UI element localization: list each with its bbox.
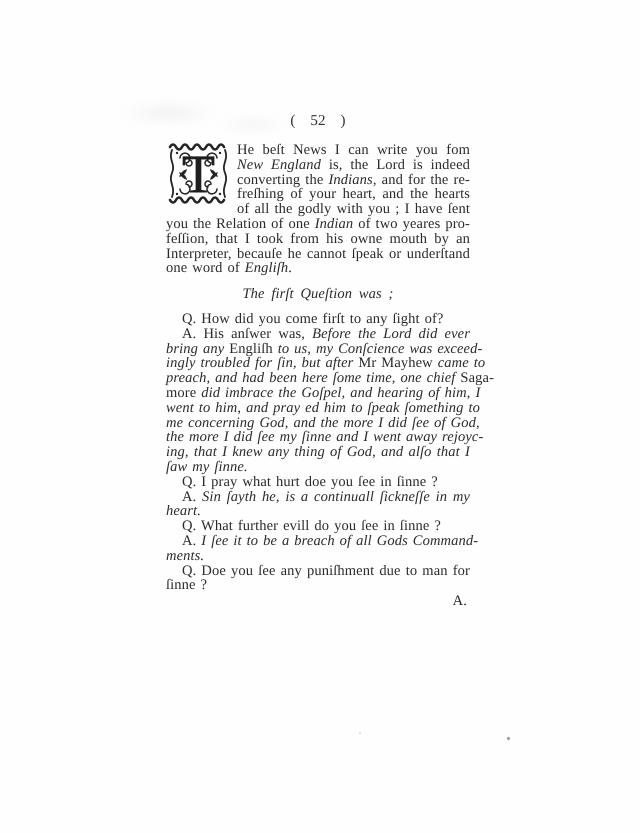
text-line: Q. What further evill do you ſee in ſinn… <box>166 519 470 534</box>
text-line: Q. Doe you ſee any puniſhment due to man… <box>166 564 470 579</box>
text-line: you the Relation of one Indian of two ye… <box>166 217 470 232</box>
text-line: ingly troubled for ſin, but after Mr May… <box>166 356 470 371</box>
italic-text-segment: ments. <box>166 548 204 564</box>
answer-1: A. His anſwer was, Before the Lord did e… <box>166 327 470 475</box>
text-line: He beſt News I can write you fom <box>237 143 470 158</box>
text-segment: more <box>166 385 201 401</box>
text-segment: freſhing of your heart, and the hearts <box>237 186 470 202</box>
text-segment: you the Relation of one <box>166 216 315 232</box>
text-line: one word of Engliſh. <box>166 261 470 276</box>
text-segment: Q. Doe you ſee any puniſhment due to man… <box>182 563 470 579</box>
italic-text-segment: went to him, and pray ed him to ſpeak ſo… <box>166 400 480 416</box>
text-line: ſaw my ſinne. <box>166 460 470 475</box>
text-line: preach, and had been here ſome time, one… <box>166 371 470 386</box>
text-line: Q. I pray what hurt doe you ſee in ſinne… <box>166 475 470 490</box>
text-segment: Interpreter, becauſe he cannot ſpeak or … <box>166 246 470 262</box>
scan-speck <box>359 732 361 734</box>
answer-3: A. I ſee it to be a breach of all Gods C… <box>166 534 470 564</box>
text-line: A. I ſee it to be a breach of all Gods C… <box>166 534 470 549</box>
text-line: bring any Engliſh to us, my Conſcience w… <box>166 342 470 357</box>
italic-text-segment: Before the Lord did ever <box>312 326 470 342</box>
text-line: heart. <box>166 504 470 519</box>
text-segment: of two yeares pro- <box>353 216 470 232</box>
text-line: more did imbrace the Goſpel, and hearing… <box>166 386 470 401</box>
text-segment: . <box>288 260 292 276</box>
text-line: the more I did ſee my ſinne and I went a… <box>166 430 470 445</box>
italic-text-segment: heart. <box>166 503 201 519</box>
text-segment: , and for the re- <box>373 172 470 188</box>
text-segment: of all the godly with you ; I have ſent <box>237 201 470 217</box>
opening-paragraph: He beſt News I can write you fomNew Engl… <box>166 143 470 276</box>
italic-text-segment: ingly troubled for ſin, but after <box>166 355 353 371</box>
text-segment: A. His anſwer was, <box>182 326 312 342</box>
text-line: ing, that I knew any thing of God, and a… <box>166 445 470 460</box>
text-segment: Saga- <box>455 370 494 386</box>
italic-text-segment: ing, that I knew any thing of God, and a… <box>166 444 470 460</box>
text-body: He beſt News I can write you fomNew Engl… <box>166 143 470 593</box>
text-segment: A. <box>182 489 202 505</box>
text-line: Interpreter, becauſe he cannot ſpeak or … <box>166 247 470 262</box>
text-segment: He beſt News I can write you fom <box>237 142 470 158</box>
text-line: went to him, and pray ed him to ſpeak ſo… <box>166 401 470 416</box>
catchword: A. <box>166 594 470 609</box>
text-line: A. Sin ſayth he, is a continuall ſickneſ… <box>166 490 470 505</box>
text-line: A. His anſwer was, Before the Lord did e… <box>166 327 470 342</box>
text-segment: Mr Mayhew <box>353 355 437 371</box>
text-segment: is, the Lord is indeed <box>321 157 470 173</box>
text-segment: one word of <box>166 260 245 276</box>
text-line: converting the Indians, and for the re- <box>237 173 470 188</box>
text-line: feſſion, that I took from his owne mouth… <box>166 232 470 247</box>
text-line: Q. How did you come firſt to any ſight o… <box>166 312 470 327</box>
text-line: ments. <box>166 549 470 564</box>
italic-text-segment: to us, my Conſcience was exceed- <box>278 341 483 357</box>
italic-text-segment: New England <box>237 157 321 173</box>
italic-text-segment: I ſee it to be a breach of all Gods Comm… <box>201 533 478 549</box>
scan-speck <box>506 736 510 740</box>
text-line: ſinne ? <box>166 578 470 593</box>
question-3: Q. What further evill do you ſee in ſinn… <box>166 519 470 534</box>
text-segment: converting the <box>237 172 328 188</box>
question-4: Q. Doe you ſee any puniſhment due to man… <box>166 564 470 594</box>
italic-text-segment: bring any <box>166 341 224 357</box>
question-heading: The firſt Queſtion was ; <box>166 287 470 302</box>
italic-text-segment: came to <box>438 355 486 371</box>
scanned-book-page: T ( 52 ) He beſt News I can write you fo… <box>0 0 640 833</box>
text-column: ( 52 ) He beſt News I can write you fomN… <box>166 112 470 609</box>
text-segment: ſinne ? <box>166 577 207 593</box>
italic-text-segment: ſaw my ſinne. <box>166 459 248 475</box>
page-number-header: ( 52 ) <box>166 112 470 130</box>
italic-text-segment: Engliſh <box>245 260 289 276</box>
text-segment: Q. How did you come firſt to any ſight o… <box>182 311 444 327</box>
italic-text-segment: Indians <box>328 172 372 188</box>
answer-2: A. Sin ſayth he, is a continuall ſickneſ… <box>166 490 470 520</box>
text-segment: A. <box>182 533 201 549</box>
question-2: Q. I pray what hurt doe you ſee in ſinne… <box>166 475 470 490</box>
italic-text-segment: the more I did ſee my ſinne and I went a… <box>166 429 483 445</box>
text-line: me concerning God, and the more I did ſe… <box>166 416 470 431</box>
text-line: of all the godly with you ; I have ſent <box>237 202 470 217</box>
text-segment: Q. I pray what hurt doe you ſee in ſinne… <box>182 474 438 490</box>
text-line: freſhing of your heart, and the hearts <box>237 187 470 202</box>
text-segment: feſſion, that I took from his owne mouth… <box>166 231 470 247</box>
text-segment: Q. What further evill do you ſee in ſinn… <box>182 518 441 534</box>
italic-text-segment: Indian <box>315 216 354 232</box>
italic-text-segment: The firſt Queſtion was ; <box>242 286 393 302</box>
italic-text-segment: Sin ſayth he, is a continuall ſickneſſe … <box>202 489 470 505</box>
text-line: New England is, the Lord is indeed <box>237 158 470 173</box>
text-line: The firſt Queſtion was ; <box>166 287 470 302</box>
italic-text-segment: did imbrace the Goſpel, and hearing of h… <box>201 385 480 401</box>
italic-text-segment: me concerning God, and the more I did ſe… <box>166 415 480 431</box>
italic-text-segment: preach, and had been here ſome time, one… <box>166 370 455 386</box>
question-1: Q. How did you come firſt to any ſight o… <box>166 312 470 327</box>
text-segment: Engliſh <box>224 341 277 357</box>
